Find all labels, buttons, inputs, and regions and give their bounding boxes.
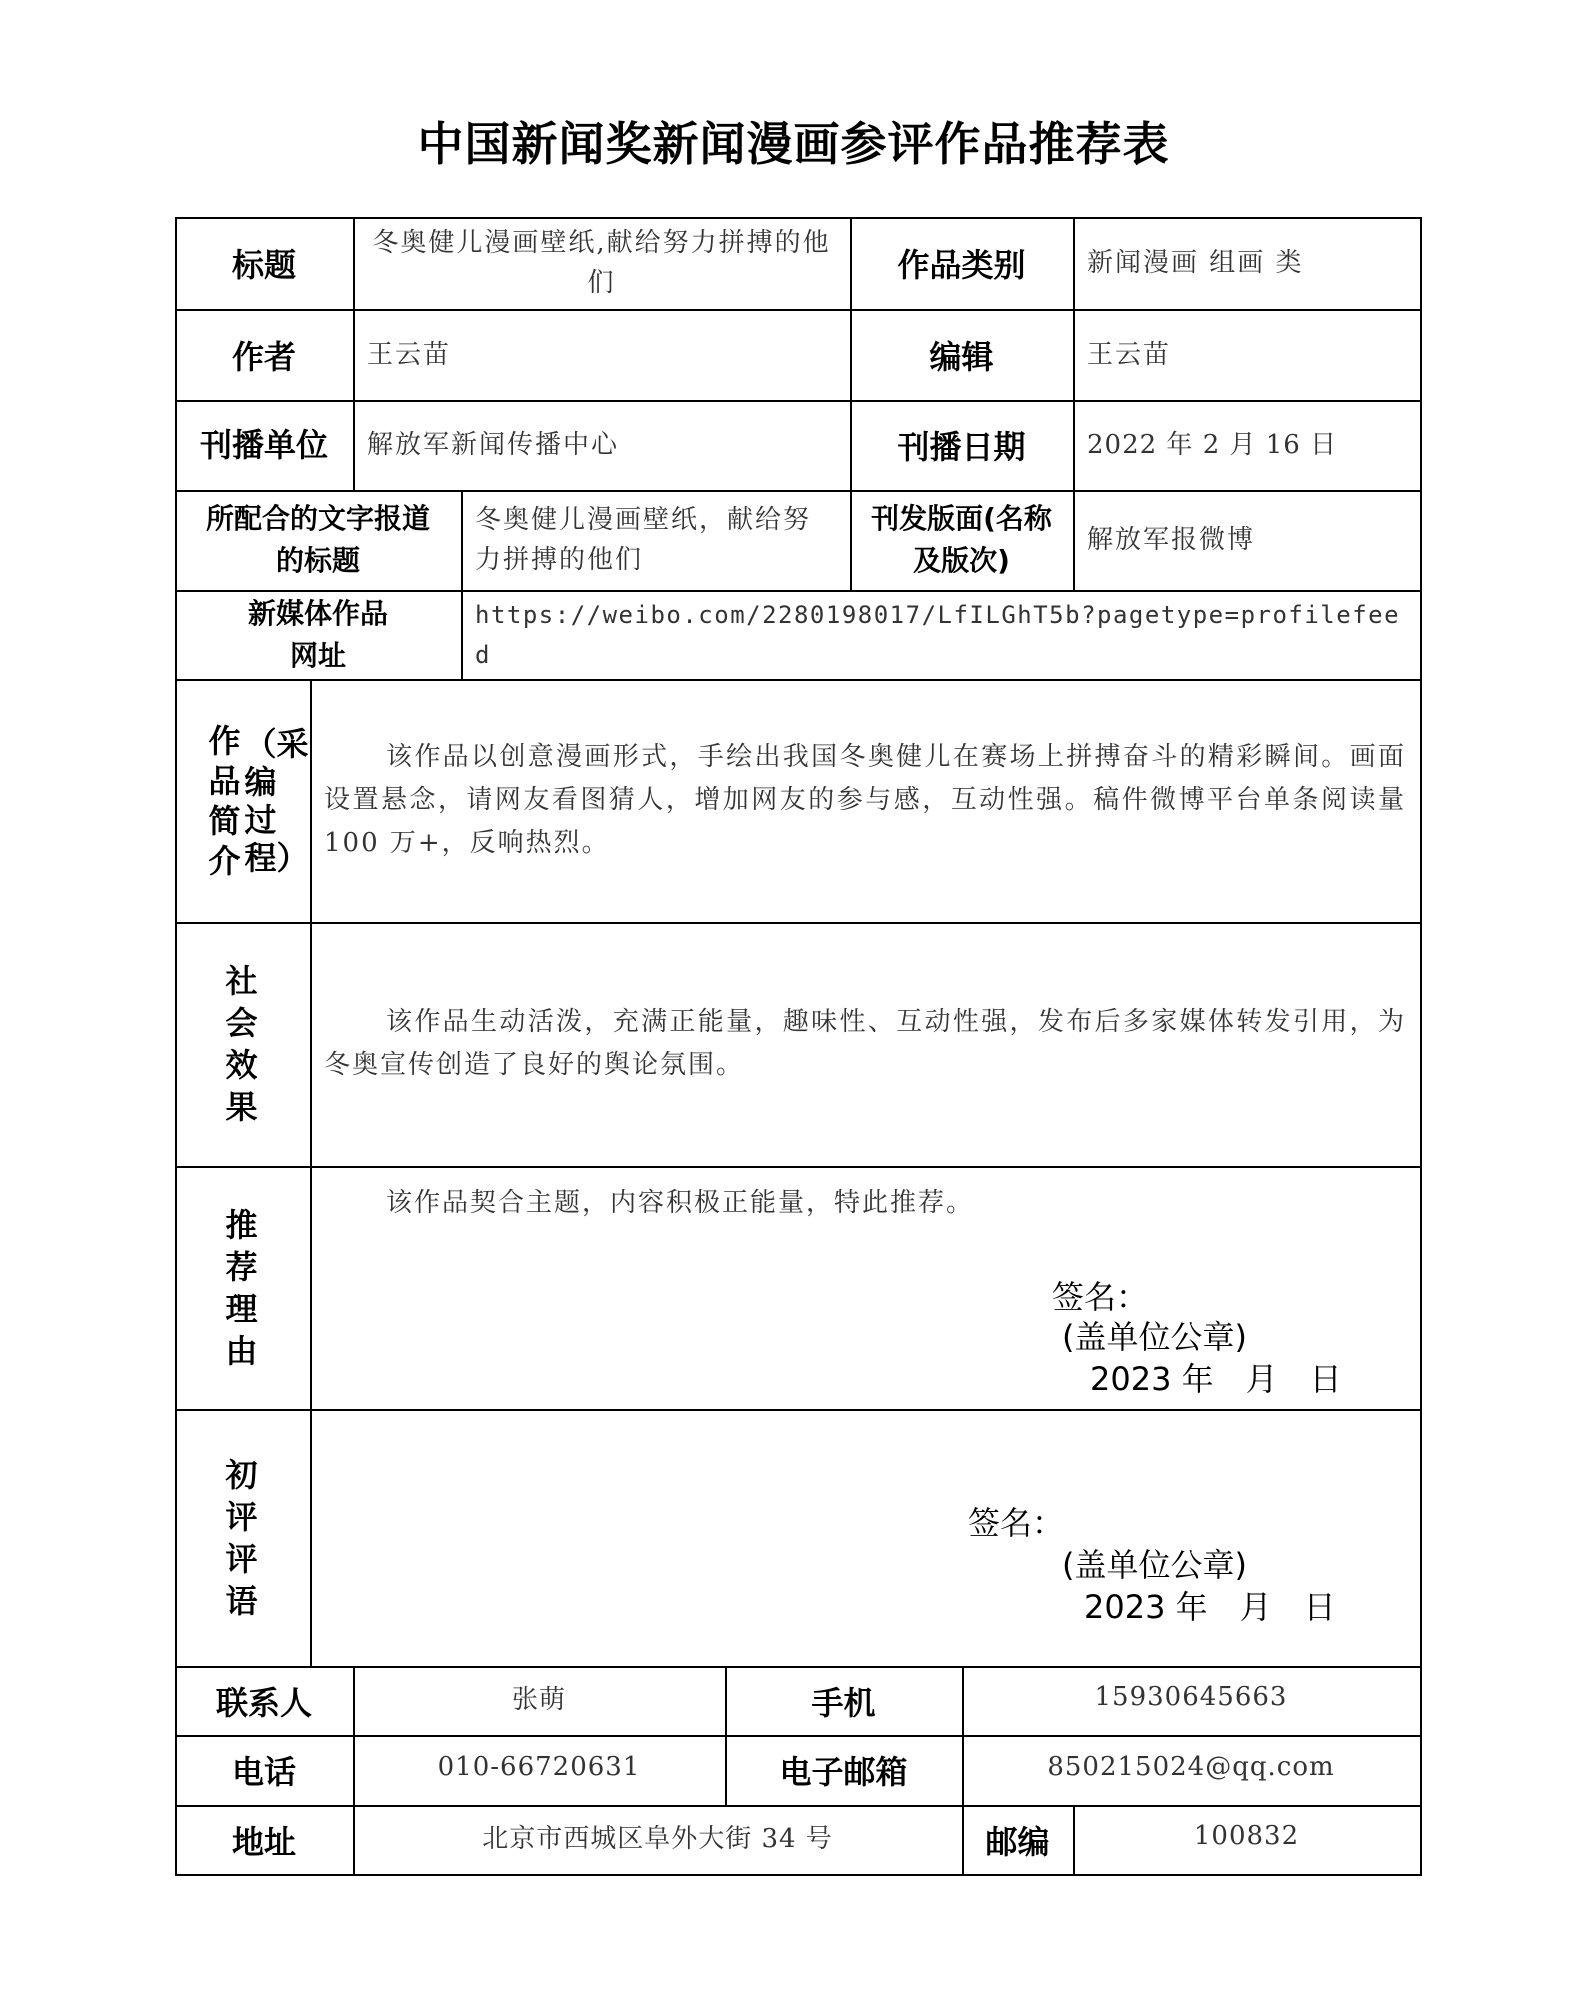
address-value: 北京市西城区阜外大街 34 号 [353, 1805, 962, 1867]
email-value[interactable]: 850215024@qq.com [962, 1735, 1420, 1799]
reason-text: 该作品契合主题，内容积极正能量，特此推荐。 [324, 1182, 974, 1219]
intro-label-sub: （采编过程） [245, 725, 277, 877]
review-label: 初评评语 [175, 1409, 310, 1666]
related-title-label: 所配合的文字报道的标题 [175, 490, 461, 590]
review-date: 2023 年 月 日 [1084, 1582, 1336, 1628]
document-title: 中国新闻奖新闻漫画参评作品推荐表 [0, 108, 1587, 174]
category-value: 新闻漫画 组画 类 [1073, 217, 1420, 309]
email-label: 电子邮箱 [725, 1735, 962, 1805]
reason-date: 2023 年 月 日 [1090, 1354, 1342, 1400]
related-title-value: 冬奥健儿漫画壁纸，献给努力拼搏的他们 [461, 490, 850, 590]
mobile-label: 手机 [725, 1666, 962, 1735]
publisher-value: 解放军新闻传播中心 [353, 400, 850, 490]
edition-label: 刊发版面(名称及版次) [850, 490, 1073, 590]
intro-paragraph: 该作品以创意漫画形式，手绘出我国冬奥健儿在赛场上拼搏奋斗的精彩瞬间。画面设置悬念… [324, 736, 1406, 865]
editor-value: 王云苗 [1073, 309, 1420, 400]
publish-date-label: 刊播日期 [850, 400, 1073, 490]
mobile-value: 15930645663 [962, 1666, 1420, 1728]
contact-label: 联系人 [175, 1666, 353, 1735]
publisher-label: 刊播单位 [175, 400, 353, 490]
edition-value: 解放军报微博 [1073, 490, 1420, 590]
review-seal: (盖单位公章) [1062, 1540, 1247, 1586]
effect-label: 社会效果 [175, 922, 310, 1166]
contact-value: 张萌 [353, 1666, 725, 1728]
author-value: 王云苗 [353, 309, 850, 400]
reason-label-text: 推荐理由 [226, 1204, 260, 1372]
intro-label-main: 作品简介 [209, 721, 241, 881]
zip-value: 100832 [1073, 1805, 1420, 1867]
zip-label: 邮编 [962, 1805, 1073, 1874]
reason-seal: (盖单位公章) [1062, 1312, 1247, 1358]
phone-value: 010-66720631 [353, 1735, 725, 1799]
effect-label-text: 社会效果 [226, 960, 260, 1128]
url-label: 新媒体作品网址 [175, 590, 461, 679]
review-signature: 签名： [968, 1498, 1064, 1544]
title-value: 冬奥健儿漫画壁纸,献给努力拼搏的他们 [353, 217, 850, 309]
intro-text: 该作品以创意漫画形式，手绘出我国冬奥健儿在赛场上拼搏奋斗的精彩瞬间。画面设置悬念… [310, 679, 1420, 922]
effect-text: 该作品生动活泼，充满正能量，趣味性、互动性强，发布后多家媒体转发引用，为冬奥宣传… [310, 922, 1420, 1166]
publish-date-value: 2022 年 2 月 16 日 [1073, 400, 1420, 490]
address-label: 地址 [175, 1805, 353, 1874]
intro-label: 作品简介 （采编过程） [175, 679, 310, 922]
title-label: 标题 [175, 217, 353, 309]
reason-label: 推荐理由 [175, 1166, 310, 1409]
url-value[interactable]: https://weibo.com/2280198017/LfILGhT5b?p… [461, 590, 1420, 679]
effect-paragraph: 该作品生动活泼，充满正能量，趣味性、互动性强，发布后多家媒体转发引用，为冬奥宣传… [324, 1001, 1406, 1087]
review-label-text: 初评评语 [226, 1454, 260, 1622]
category-label: 作品类别 [850, 217, 1073, 309]
phone-label: 电话 [175, 1735, 353, 1805]
author-label: 作者 [175, 309, 353, 400]
editor-label: 编辑 [850, 309, 1073, 400]
